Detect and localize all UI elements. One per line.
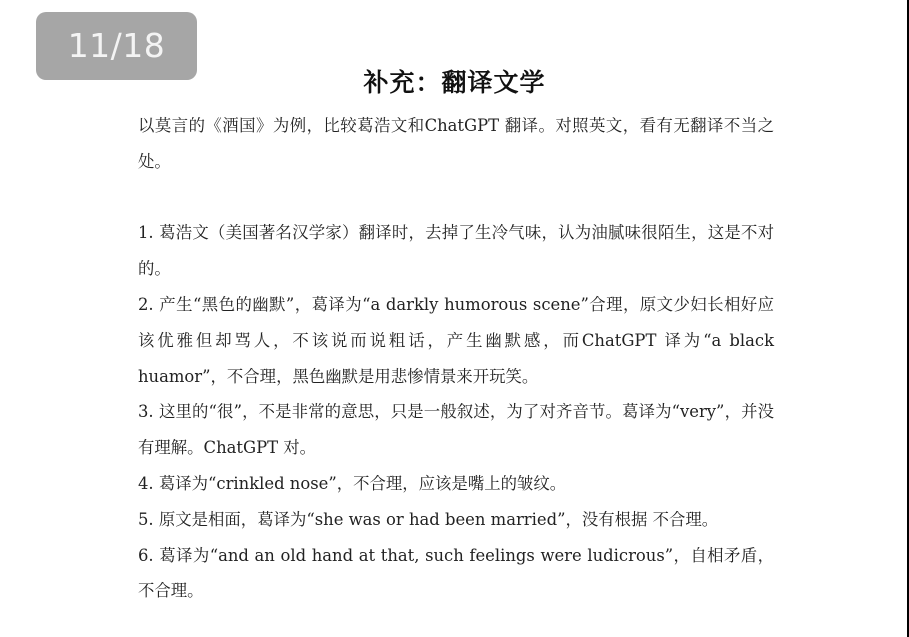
page-indicator-label: 11/18: [68, 26, 166, 65]
point-4: 4. 葛译为“crinkled nose”，不合理，应该是嘴上的皱纹。: [138, 466, 774, 502]
document-title: 补充：翻译文学: [0, 63, 909, 99]
point-6: 6. 葛译为“and an old hand at that, such fee…: [138, 538, 774, 610]
intro-paragraph: 以莫言的《酒国》为例，比较葛浩文和ChatGPT 翻译。对照英文，看有无翻译不当…: [138, 108, 774, 180]
document-body: 以莫言的《酒国》为例，比较葛浩文和ChatGPT 翻译。对照英文，看有无翻译不当…: [138, 108, 774, 609]
point-1: 1. 葛浩文（美国著名汉学家）翻译时，去掉了生冷气味，认为油腻味很陌生，这是不对…: [138, 215, 774, 287]
point-2: 2. 产生“黑色的幽默”，葛译为“a darkly humorous scene…: [138, 287, 774, 394]
point-3: 3. 这里的“很”，不是非常的意思，只是一般叙述，为了对齐音节。葛译为“very…: [138, 394, 774, 466]
point-5: 5. 原文是相面，葛译为“she was or had been married…: [138, 502, 774, 538]
